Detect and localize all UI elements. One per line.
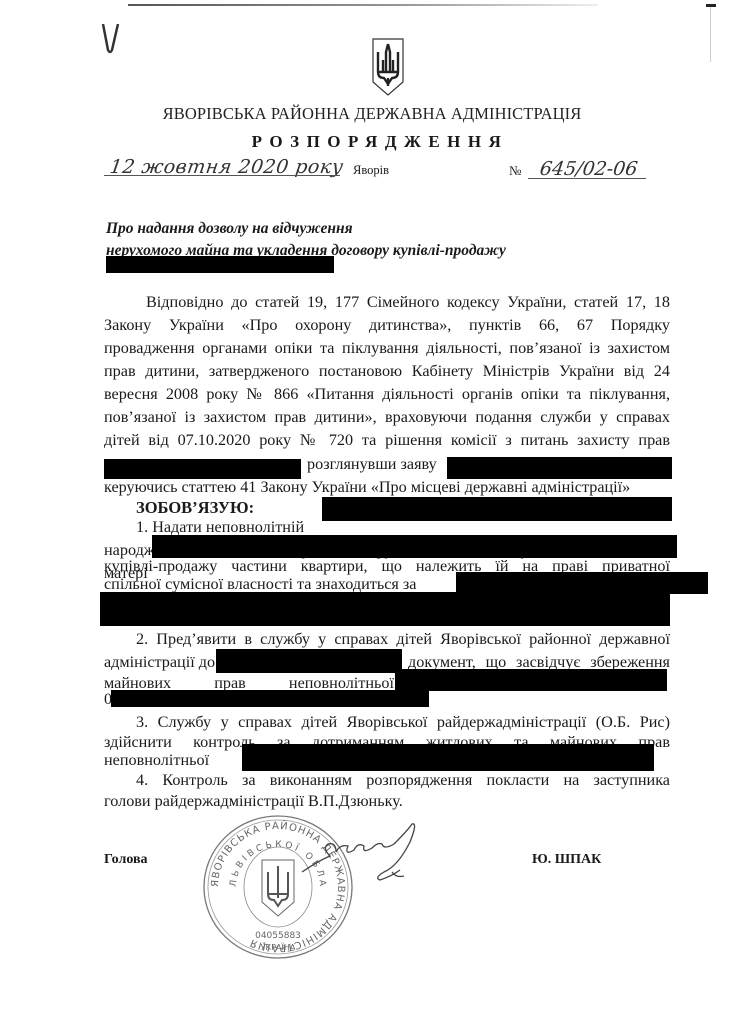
item-3-text: неповнолітньої — [104, 751, 209, 770]
preamble-text: вересня 2008 року № 866 «Питання діяльно… — [104, 385, 670, 404]
document-type-title: РОЗПОРЯДЖЕННЯ — [0, 132, 744, 152]
redaction-block — [456, 572, 708, 594]
item-4-line: 4. Контроль за виконанням розпорядження … — [136, 771, 670, 790]
redaction-block — [106, 256, 334, 273]
preamble-line: Закону України «Про охорону дитинства», … — [104, 316, 670, 335]
scan-edge-line-right — [710, 7, 711, 62]
order-word: ЗОБОВ’ЯЗУЮ: — [136, 498, 254, 518]
stamp-country: УКРАЇНА — [261, 942, 296, 952]
preamble-line: прав дитини, затвердженого постановою Ка… — [104, 362, 670, 381]
preamble-text: провадження органами опіки та піклування… — [104, 339, 670, 358]
date-underline — [104, 175, 340, 176]
preamble-line: провадження органами опіки та піклування… — [104, 339, 670, 358]
organization-name: ЯВОРІВСЬКА РАЙОННА ДЕРЖАВНА АДМІНІСТРАЦІ… — [0, 104, 744, 124]
signatory-name: Ю. ШПАК — [532, 852, 601, 868]
redaction-block — [447, 457, 672, 479]
item-3-line: 3. Службу у справах дітей Яворівської ра… — [136, 713, 670, 732]
item-4-text: голови райдержадміністрації В.П.Дзюньку. — [104, 792, 403, 811]
preamble-text: дітей від 07.10.2020 року № 720 та рішен… — [104, 431, 670, 450]
redaction-block — [395, 669, 667, 691]
preamble-line: Відповідно до статей 19, 177 Сімейного к… — [146, 293, 670, 312]
preamble-text: розглянувши заяву — [307, 455, 437, 474]
redaction-block — [322, 497, 672, 521]
handwritten-signature-icon — [300, 820, 430, 900]
handwritten-number: 645/02-06 — [538, 158, 639, 180]
item-2-text: адміністрації до — [104, 653, 215, 672]
item-3-text: 3. Службу у справах дітей Яворівської ра… — [136, 713, 670, 732]
preamble-text: керуючись статтею 41 Закону України «Про… — [104, 478, 630, 497]
scan-corner-mark — [706, 4, 716, 7]
signatory-position: Голова — [104, 852, 148, 868]
redaction-block — [242, 744, 654, 771]
paper-clip-mark-icon — [100, 24, 122, 54]
coat-of-arms-icon — [372, 38, 404, 96]
redaction-block — [216, 649, 402, 673]
item-4-text: 4. Контроль за виконанням розпорядження … — [136, 771, 670, 790]
preamble-text: прав дитини, затвердженого постановою Ка… — [104, 362, 670, 381]
city-label: Яворів — [353, 163, 389, 178]
number-sign: № — [509, 163, 521, 179]
subject-line-1: Про надання дозволу на відчуження — [106, 218, 506, 240]
stamp-code: 04055883 — [255, 931, 301, 941]
preamble-text: пов’язаної із захистом прав дитини», вра… — [104, 408, 670, 427]
preamble-text: Закону України «Про охорону дитинства», … — [104, 316, 670, 335]
item-2-line: 2. Пред’явити в службу у справах дітей Я… — [136, 630, 670, 649]
preamble-line: дітей від 07.10.2020 року № 720 та рішен… — [104, 431, 670, 450]
scan-edge-line — [128, 4, 598, 6]
redaction-block — [152, 535, 677, 558]
preamble-line: вересня 2008 року № 866 «Питання діяльно… — [104, 385, 670, 404]
redaction-block — [104, 459, 301, 479]
number-underline — [528, 178, 646, 179]
preamble-text: Відповідно до статей 19, 177 Сімейного к… — [146, 293, 670, 312]
item-2-text: 2. Пред’явити в службу у справах дітей Я… — [136, 630, 670, 649]
redaction-block — [111, 690, 429, 707]
preamble-line: пов’язаної із захистом прав дитини», вра… — [104, 408, 670, 427]
redaction-block — [100, 592, 670, 626]
